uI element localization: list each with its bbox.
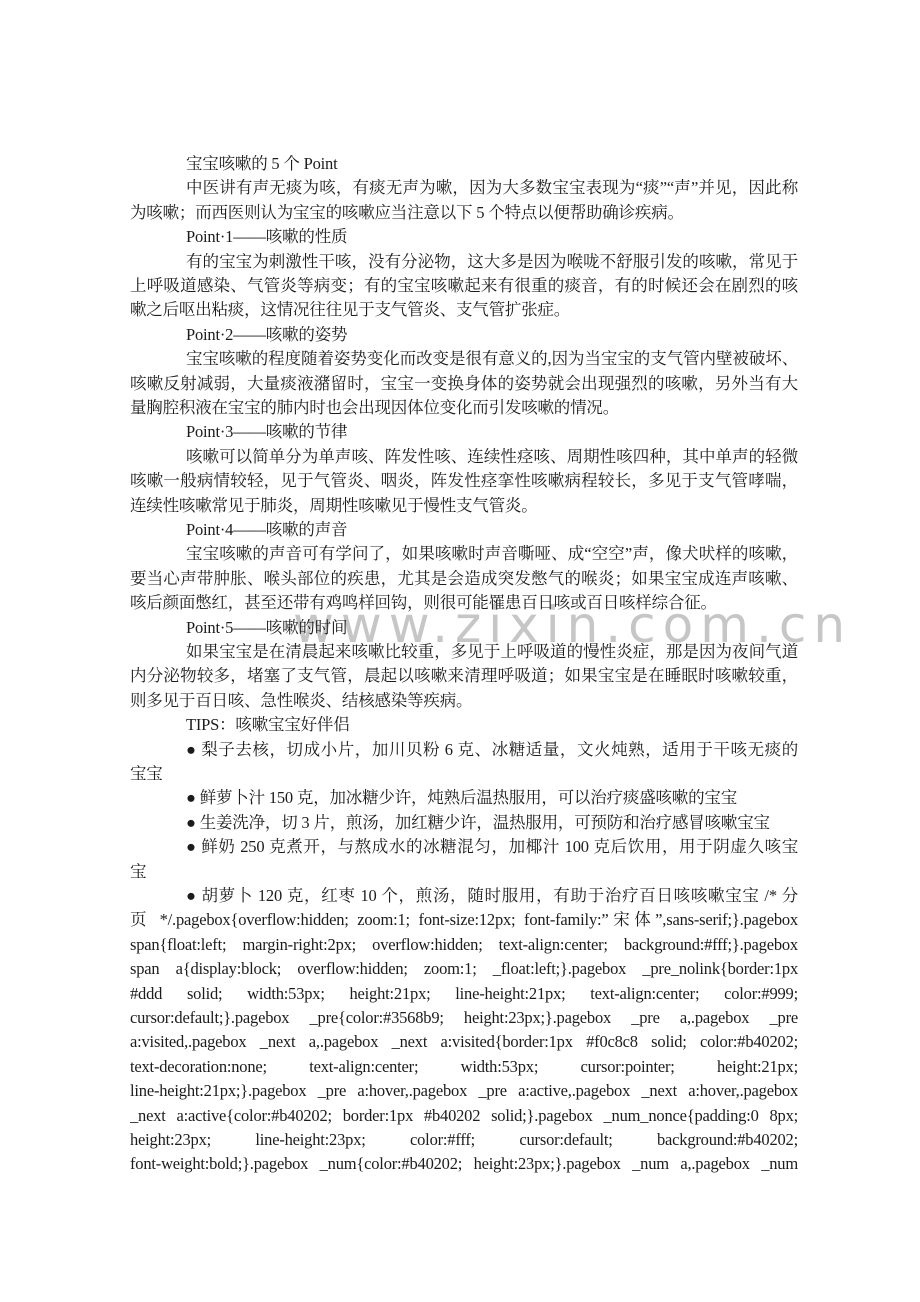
text-line: 页 */.pagebox{overflow:hidden; zoom:1; fo… <box>130 908 798 932</box>
text-line: Point·1——咳嗽的性质 <box>130 225 798 249</box>
text-line: _next a:active{color:#b40202; border:1px… <box>130 1104 798 1128</box>
text-line: 咳嗽一般病情较轻，见于气管炎、咽炎，阵发性痉挛性咳嗽病程较长，多见于支气管哮喘， <box>130 469 798 493</box>
text-line: 咳嗽可以简单分为单声咳、阵发性咳、连续性痉咳、周期性咳四种，其中单声的轻微 <box>130 445 798 469</box>
text-line: 咳嗽反射减弱，大量痰液潴留时，宝宝一变换身体的姿势就会出现强烈的咳嗽，另外当有大 <box>130 372 798 396</box>
text-line: Point·4——咳嗽的声音 <box>130 518 798 542</box>
document-page: www.zixin.com.cn 宝宝咳嗽的 5 个 Point中医讲有声无痰为… <box>0 0 920 1302</box>
text-line: a:visited,.pagebox _next a,.pagebox _nex… <box>130 1030 798 1054</box>
text-line: Point·5——咳嗽的时间 <box>130 616 798 640</box>
document-body: 宝宝咳嗽的 5 个 Point中医讲有声无痰为咳，有痰无声为嗽，因为大多数宝宝表… <box>130 152 798 1177</box>
text-line: 则多见于百日咳、急性喉炎、结核感染等疾病。 <box>130 689 798 713</box>
text-line: text-decoration:none; text-align:center;… <box>130 1055 798 1079</box>
text-line: 中医讲有声无痰为咳，有痰无声为嗽，因为大多数宝宝表现为“痰”“声”并见，因此称 <box>130 176 798 200</box>
text-line: 宝宝 <box>130 762 798 786</box>
text-line: Point·3——咳嗽的节律 <box>130 420 798 444</box>
text-line: #ddd solid; width:53px; height:21px; lin… <box>130 982 798 1006</box>
text-line: 宝宝咳嗽的 5 个 Point <box>130 152 798 176</box>
text-line: 宝宝咳嗽的声音可有学问了，如果咳嗽时声音嘶哑、成“空空”声，像犬吠样的咳嗽， <box>130 542 798 566</box>
text-line: 内分泌物较多，堵塞了支气管，晨起以咳嗽来清理呼吸道；如果宝宝是在睡眠时咳嗽较重， <box>130 664 798 688</box>
text-line: ● 生姜洗净，切 3 片，煎汤，加红糖少许，温热服用，可预防和治疗感冒咳嗽宝宝 <box>130 811 798 835</box>
text-line: cursor:default;}.pagebox _pre{color:#356… <box>130 1006 798 1030</box>
text-line: TIPS：咳嗽宝宝好伴侣 <box>130 713 798 737</box>
text-line: ● 梨子去核，切成小片，加川贝粉 6 克、冰糖适量，文火炖熟，适用于干咳无痰的 <box>130 738 798 762</box>
text-line: 上呼吸道感染、气管炎等病变；有的宝宝咳嗽起来有很重的痰音，有的时候还会在剧烈的咳 <box>130 274 798 298</box>
text-line: 嗽之后呕出粘痰，这情况往往见于支气管炎、支气管扩张症。 <box>130 298 798 322</box>
text-line: font-weight:bold;}.pagebox _num{color:#b… <box>130 1152 798 1176</box>
text-line: span{float:left; margin-right:2px; overf… <box>130 933 798 957</box>
text-line: 有的宝宝为刺激性干咳，没有分泌物，这大多是因为喉咙不舒服引发的咳嗽，常见于 <box>130 250 798 274</box>
text-line: 量胸腔积液在宝宝的肺内时也会出现因体位变化而引发咳嗽的情况。 <box>130 396 798 420</box>
text-line: Point·2——咳嗽的姿势 <box>130 323 798 347</box>
text-line: 咳后颜面憋红，甚至还带有鸡鸣样回钩，则很可能罹患百日咳或百日咳样综合征。 <box>130 591 798 615</box>
text-line: 连续性咳嗽常见于肺炎，周期性咳嗽见于慢性支气管炎。 <box>130 494 798 518</box>
text-line: height:23px; line-height:23px; color:#ff… <box>130 1128 798 1152</box>
text-line: 要当心声带肿胀、喉头部位的疾患，尤其是会造成突发憋气的喉炎；如果宝宝成连声咳嗽、 <box>130 567 798 591</box>
text-line: line-height:21px;}.pagebox _pre a:hover,… <box>130 1079 798 1103</box>
text-line: 宝宝咳嗽的程度随着姿势变化而改变是很有意义的,因为当宝宝的支气管内壁被破坏、 <box>130 347 798 371</box>
text-line: 为咳嗽；而西医则认为宝宝的咳嗽应当注意以下 5 个特点以便帮助确诊疾病。 <box>130 201 798 225</box>
text-line: ● 鲜奶 250 克煮开，与熬成水的冰糖混匀，加椰汁 100 克后饮用，用于阴虚… <box>130 835 798 859</box>
text-line: 如果宝宝是在清晨起来咳嗽比较重，多见于上呼吸道的慢性炎症，那是因为夜间气道 <box>130 640 798 664</box>
text-line: ● 胡萝卜 120 克，红枣 10 个，煎汤，随时服用，有助于治疗百日咳咳嗽宝宝… <box>130 884 798 908</box>
text-line: 宝 <box>130 860 798 884</box>
text-line: ● 鲜萝卜汁 150 克，加冰糖少许，炖熟后温热服用，可以治疗痰盛咳嗽的宝宝 <box>130 786 798 810</box>
text-line: span a{display:block; overflow:hidden; z… <box>130 957 798 981</box>
